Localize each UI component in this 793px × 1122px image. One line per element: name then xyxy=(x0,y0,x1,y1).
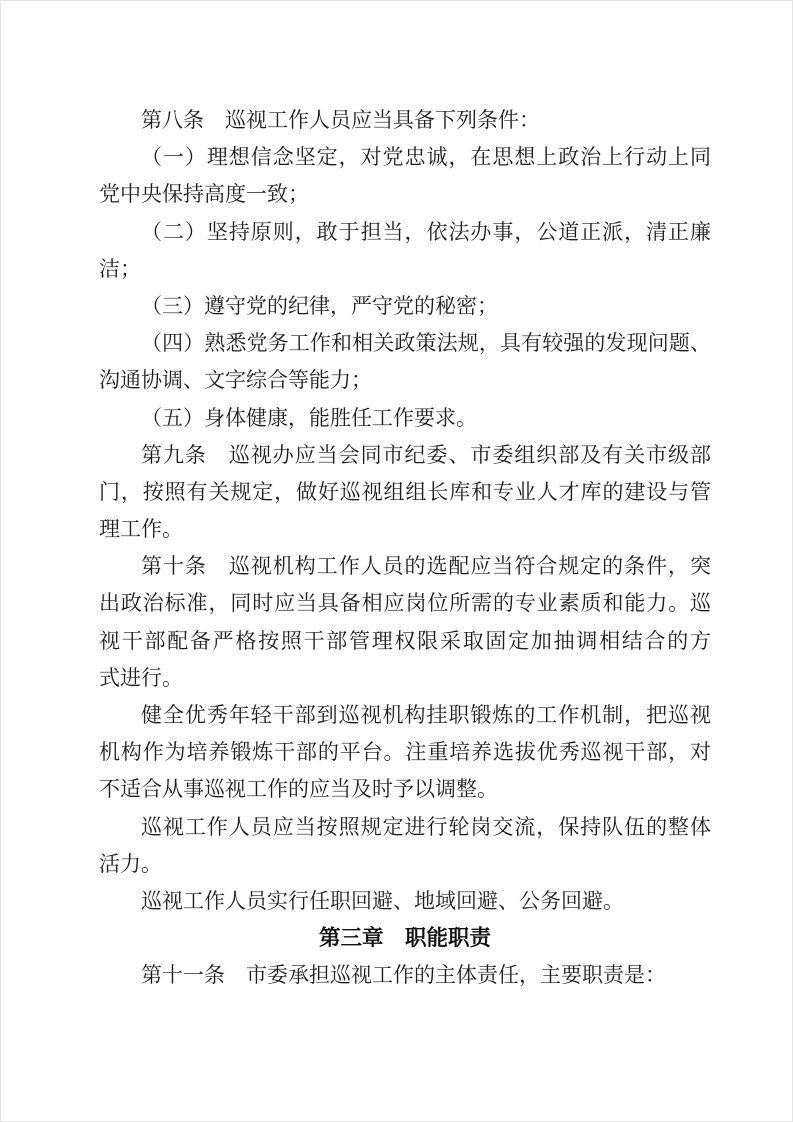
document-line: （一）理想信念坚定，对党忠诚，在思想上政治上行动上同 xyxy=(99,139,711,176)
document-line: 巡视工作人员实行任职回避、地域回避、公务回避。 xyxy=(99,883,711,920)
document-line: 第十一条 市委承担巡视工作的主体责任，主要职责是： xyxy=(99,957,711,994)
document-line: 洁； xyxy=(99,251,711,288)
document-line: 机构作为培养锻炼干部的平台。注重培养选拔优秀巡视干部，对 xyxy=(99,734,711,771)
document-line: 活力。 xyxy=(99,846,711,883)
document-line: 党中央保持高度一致； xyxy=(99,176,711,213)
document-line: （三）遵守党的纪律，严守党的秘密； xyxy=(99,288,711,325)
document-page: 第八条 巡视工作人员应当具备下列条件：（一）理想信念坚定，对党忠诚，在思想上政治… xyxy=(0,0,793,1122)
document-line: （二）坚持原则，敢于担当，依法办事，公道正派，清正廉 xyxy=(99,214,711,251)
document-line: （五）身体健康，能胜任工作要求。 xyxy=(99,400,711,437)
document-line: 第十条 巡视机构工作人员的选配应当符合规定的条件，突 xyxy=(99,548,711,585)
document-line: 第九条 巡视办应当会同市纪委、市委组织部及有关市级部 xyxy=(99,437,711,474)
document-line: 门，按照有关规定，做好巡视组组长库和专业人才库的建设与管 xyxy=(99,474,711,511)
document-line: 视干部配备严格按照干部管理权限采取固定加抽调相结合的方 xyxy=(99,623,711,660)
document-line: 理工作。 xyxy=(99,511,711,548)
document-line: 巡视工作人员应当按照规定进行轮岗交流，保持队伍的整体 xyxy=(99,809,711,846)
chapter-heading: 第三章 职能职责 xyxy=(99,920,711,957)
document-line: 健全优秀年轻干部到巡视机构挂职锻炼的工作机制，把巡视 xyxy=(99,697,711,734)
document-body: 第八条 巡视工作人员应当具备下列条件：（一）理想信念坚定，对党忠诚，在思想上政治… xyxy=(99,102,711,995)
document-line: 沟通协调、文字综合等能力； xyxy=(99,362,711,399)
document-line: 出政治标准，同时应当具备相应岗位所需的专业素质和能力。巡 xyxy=(99,585,711,622)
document-line: 式进行。 xyxy=(99,660,711,697)
document-line: 第八条 巡视工作人员应当具备下列条件： xyxy=(99,102,711,139)
document-line: 不适合从事巡视工作的应当及时予以调整。 xyxy=(99,771,711,808)
document-line: （四）熟悉党务工作和相关政策法规，具有较强的发现问题、 xyxy=(99,325,711,362)
